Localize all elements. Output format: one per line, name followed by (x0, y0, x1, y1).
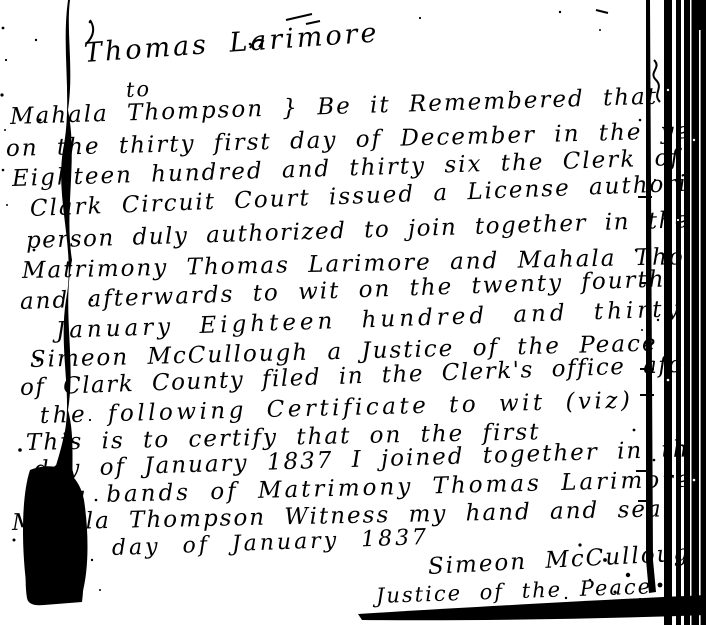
signature-name: Simeon McCullough (427, 541, 706, 579)
party-groom-line: Thomas Larimore (83, 19, 380, 67)
signature-title: Justice of the Peace (376, 576, 653, 607)
scanned-page: Thomas Larimore to Mahala Thompson } Be … (0, 0, 706, 625)
connector-line: to (125, 79, 151, 101)
